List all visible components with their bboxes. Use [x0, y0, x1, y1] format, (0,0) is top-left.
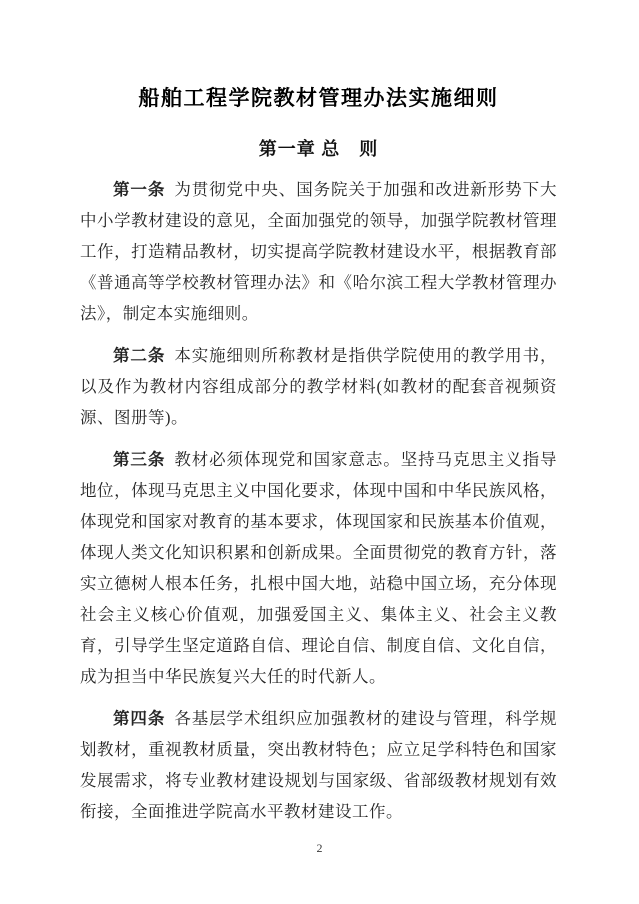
article-2-label: 第二条 — [113, 346, 165, 365]
document-title: 船舶工程学院教材管理办法实施细则 — [80, 82, 557, 112]
document-body: 船舶工程学院教材管理办法实施细则 第一章 总 则 第一条为贯彻党中央、国务院关于… — [80, 82, 557, 838]
article-1: 第一条为贯彻党中央、国务院关于加强和改进新形势下大中小学教材建设的意见，全面加强… — [80, 174, 557, 329]
article-4-label: 第四条 — [113, 709, 165, 728]
article-1-label: 第一条 — [113, 180, 165, 199]
document-page: 船舶工程学院教材管理办法实施细则 第一章 总 则 第一条为贯彻党中央、国务院关于… — [0, 0, 639, 904]
page-number: 2 — [0, 841, 639, 856]
article-1-text: 为贯彻党中央、国务院关于加强和改进新形势下大中小学教材建设的意见，全面加强党的领… — [80, 180, 557, 323]
article-2: 第二条本实施细则所称教材是指供学院使用的教学用书，以及作为教材内容组成部分的教学… — [80, 340, 557, 433]
article-3-label: 第三条 — [113, 450, 165, 469]
chapter-heading: 第一章 总 则 — [80, 135, 557, 161]
article-4: 第四条各基层学术组织应加强教材的建设与管理，科学规划教材，重视教材质量，突出教材… — [80, 703, 557, 827]
article-3: 第三条教材必须体现党和国家意志。坚持马克思主义指导地位，体现马克思主义中国化要求… — [80, 444, 557, 692]
article-3-text: 教材必须体现党和国家意志。坚持马克思主义指导地位，体现马克思主义中国化要求，体现… — [80, 450, 557, 686]
